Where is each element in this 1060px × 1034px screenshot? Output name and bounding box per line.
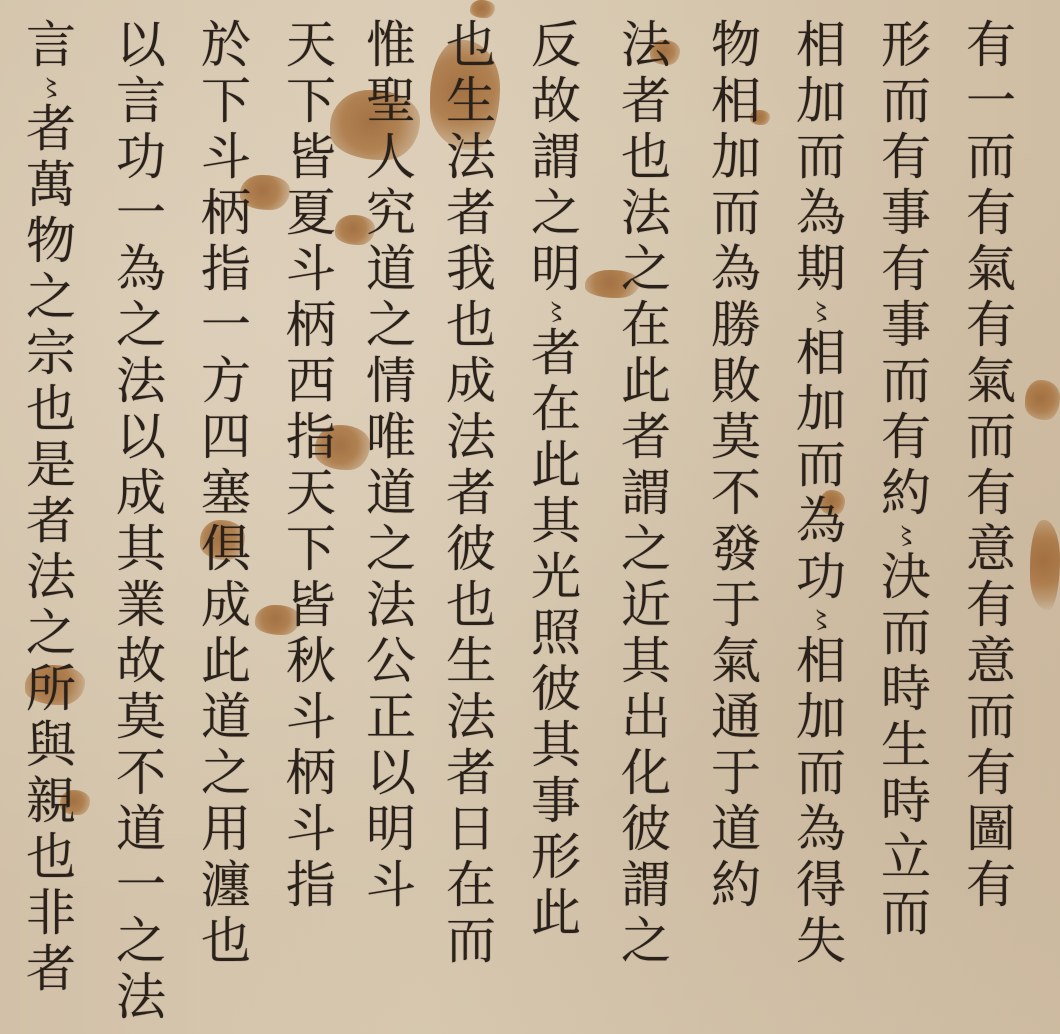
glyph: 近 xyxy=(621,578,671,634)
glyph: 斗 xyxy=(286,242,336,298)
glyph: 而 xyxy=(711,186,761,242)
glyph: 指 xyxy=(286,410,336,466)
glyph: 天 xyxy=(286,466,336,522)
glyph: 此 xyxy=(531,886,581,942)
glyph: 相 xyxy=(711,74,761,130)
glyph: 也 xyxy=(446,298,496,354)
glyph: 之 xyxy=(201,746,251,802)
glyph: 之 xyxy=(116,298,166,354)
glyph: 謂 xyxy=(531,130,581,186)
glyph: 莫 xyxy=(711,410,761,466)
glyph: 人 xyxy=(366,130,416,186)
glyph: 期 xyxy=(796,242,846,298)
glyph: 在 xyxy=(446,858,496,914)
glyph: 用 xyxy=(201,802,251,858)
glyph: 意 xyxy=(966,522,1016,578)
glyph: 者 xyxy=(446,466,496,522)
glyph: 之 xyxy=(26,606,76,662)
glyph: 之 xyxy=(531,186,581,242)
glyph: 物 xyxy=(711,18,761,74)
glyph: 有 xyxy=(966,18,1016,74)
glyph: 也 xyxy=(446,578,496,634)
glyph: 夏 xyxy=(286,186,336,242)
glyph: 一 xyxy=(116,186,166,242)
glyph: 唯 xyxy=(366,410,416,466)
glyph: 法 xyxy=(621,186,671,242)
glyph: 秋 xyxy=(286,634,336,690)
glyph: 時 xyxy=(881,774,931,830)
glyph: 〻 xyxy=(544,298,568,326)
glyph: 者 xyxy=(26,494,76,550)
glyph: 於 xyxy=(201,18,251,74)
glyph: 法 xyxy=(446,410,496,466)
glyph: 法 xyxy=(116,354,166,410)
glyph: 之 xyxy=(621,242,671,298)
column-11: 以言功一為之法以成其業故莫不道一之法 xyxy=(105,18,177,1026)
glyph: 惟 xyxy=(366,18,416,74)
glyph: 故 xyxy=(116,634,166,690)
glyph: 道 xyxy=(201,690,251,746)
glyph: 其 xyxy=(531,718,581,774)
glyph: 西 xyxy=(286,354,336,410)
glyph: 皆 xyxy=(286,130,336,186)
glyph: 有 xyxy=(881,410,931,466)
glyph: 與 xyxy=(26,718,76,774)
glyph: 塞 xyxy=(201,466,251,522)
glyph: 一 xyxy=(201,298,251,354)
glyph: 明 xyxy=(531,242,581,298)
glyph: 是 xyxy=(26,438,76,494)
glyph: 下 xyxy=(201,74,251,130)
glyph: 加 xyxy=(711,130,761,186)
glyph: 之 xyxy=(621,914,671,970)
glyph: 者 xyxy=(446,746,496,802)
glyph: 失 xyxy=(796,914,846,970)
glyph: 斗 xyxy=(201,130,251,186)
glyph: 彼 xyxy=(531,662,581,718)
glyph: 而 xyxy=(966,410,1016,466)
glyph: 有 xyxy=(966,466,1016,522)
glyph: 此 xyxy=(201,634,251,690)
glyph: 聖 xyxy=(366,74,416,130)
glyph: 〻 xyxy=(39,74,63,102)
glyph: 也 xyxy=(621,130,671,186)
glyph: 日 xyxy=(446,802,496,858)
glyph: 加 xyxy=(796,382,846,438)
glyph: 宗 xyxy=(26,326,76,382)
glyph: 者 xyxy=(621,74,671,130)
manuscript-page: 有一而有氣有氣而有意有意而有圖有 形而有事有事而有約〻決而時生時立而 相加而為期… xyxy=(0,0,1060,1034)
glyph: 其 xyxy=(621,634,671,690)
glyph: 柄 xyxy=(286,298,336,354)
glyph: 下 xyxy=(286,522,336,578)
glyph: 有 xyxy=(966,186,1016,242)
glyph: 生 xyxy=(881,718,931,774)
glyph: 發 xyxy=(711,522,761,578)
glyph: 有 xyxy=(881,130,931,186)
glyph: 萬 xyxy=(26,158,76,214)
glyph: 故 xyxy=(531,74,581,130)
glyph: 法 xyxy=(366,578,416,634)
glyph: 而 xyxy=(881,606,931,662)
glyph: 約 xyxy=(711,858,761,914)
glyph: 不 xyxy=(116,746,166,802)
glyph: 者 xyxy=(446,186,496,242)
glyph: 氣 xyxy=(966,354,1016,410)
glyph: 物 xyxy=(26,214,76,270)
glyph: 不 xyxy=(711,466,761,522)
glyph: 相 xyxy=(796,634,846,690)
glyph: 公 xyxy=(366,634,416,690)
glyph: 方 xyxy=(201,354,251,410)
glyph: 之 xyxy=(366,298,416,354)
glyph: 此 xyxy=(531,438,581,494)
glyph: 謂 xyxy=(621,858,671,914)
column-2: 形而有事有事而有約〻決而時生時立而 xyxy=(870,18,942,942)
glyph: 明 xyxy=(366,802,416,858)
glyph: 在 xyxy=(531,382,581,438)
glyph: 加 xyxy=(796,690,846,746)
glyph: 有 xyxy=(966,746,1016,802)
glyph: 法 xyxy=(446,130,496,186)
glyph: 敗 xyxy=(711,354,761,410)
glyph: 有 xyxy=(966,858,1016,914)
glyph: 柄 xyxy=(286,746,336,802)
glyph: 言 xyxy=(116,74,166,130)
glyph: 瀍 xyxy=(201,858,251,914)
glyph: 加 xyxy=(796,74,846,130)
glyph: 事 xyxy=(881,186,931,242)
glyph: 一 xyxy=(966,74,1016,130)
glyph: 事 xyxy=(881,298,931,354)
glyph: 斗 xyxy=(286,802,336,858)
glyph: 為 xyxy=(116,242,166,298)
glyph: 道 xyxy=(116,802,166,858)
glyph: 成 xyxy=(446,354,496,410)
glyph: 法 xyxy=(621,18,671,74)
glyph: 時 xyxy=(881,662,931,718)
glyph: 于 xyxy=(711,578,761,634)
glyph: 也 xyxy=(26,830,76,886)
glyph: 也 xyxy=(201,914,251,970)
glyph: 莫 xyxy=(116,690,166,746)
column-3: 相加而為期〻相加而為功〻相加而為得失 xyxy=(785,18,857,970)
glyph: 者 xyxy=(621,410,671,466)
glyph: 事 xyxy=(531,774,581,830)
glyph: 為 xyxy=(796,494,846,550)
glyph: 出 xyxy=(621,690,671,746)
glyph: 我 xyxy=(446,242,496,298)
glyph: 勝 xyxy=(711,298,761,354)
glyph: 正 xyxy=(366,690,416,746)
glyph: 以 xyxy=(116,18,166,74)
glyph: 而 xyxy=(446,914,496,970)
glyph: 意 xyxy=(966,634,1016,690)
glyph: 一 xyxy=(116,858,166,914)
glyph: 得 xyxy=(796,858,846,914)
glyph: 究 xyxy=(366,186,416,242)
glyph: 化 xyxy=(621,746,671,802)
glyph: 為 xyxy=(796,802,846,858)
glyph: 斗 xyxy=(286,690,336,746)
glyph: 〻 xyxy=(809,298,833,326)
glyph: 而 xyxy=(881,886,931,942)
glyph: 斗 xyxy=(366,858,416,914)
glyph: 有 xyxy=(966,578,1016,634)
column-7: 也生法者我也成法者彼也生法者日在而 xyxy=(435,18,507,970)
glyph: 而 xyxy=(881,354,931,410)
glyph: 〻 xyxy=(809,606,833,634)
glyph: 功 xyxy=(796,550,846,606)
glyph: 成 xyxy=(201,578,251,634)
glyph: 下 xyxy=(286,74,336,130)
glyph: 指 xyxy=(286,858,336,914)
column-1: 有一而有氣有氣而有意有意而有圖有 xyxy=(955,18,1027,914)
glyph: 以 xyxy=(366,746,416,802)
column-8: 惟聖人究道之情唯道之法公正以明斗 xyxy=(355,18,427,914)
glyph: 相 xyxy=(796,326,846,382)
glyph: 氣 xyxy=(711,634,761,690)
column-10: 於下斗柄指一方四塞俱成此道之用瀍也 xyxy=(190,18,262,970)
glyph: 法 xyxy=(446,690,496,746)
glyph: 以 xyxy=(116,410,166,466)
glyph: 所 xyxy=(26,662,76,718)
glyph: 通 xyxy=(711,690,761,746)
glyph: 有 xyxy=(966,298,1016,354)
glyph: 反 xyxy=(531,18,581,74)
glyph: 非 xyxy=(26,886,76,942)
glyph: 四 xyxy=(201,410,251,466)
column-9: 天下皆夏斗柄西指天下皆秋斗柄斗指 xyxy=(275,18,347,914)
glyph: 之 xyxy=(116,914,166,970)
glyph: 有 xyxy=(881,242,931,298)
glyph: 其 xyxy=(531,494,581,550)
glyph: 于 xyxy=(711,746,761,802)
glyph: 決 xyxy=(881,550,931,606)
glyph: 道 xyxy=(711,802,761,858)
glyph: 而 xyxy=(966,130,1016,186)
glyph: 為 xyxy=(711,242,761,298)
column-4: 物相加而為勝敗莫不發于氣通于道約 xyxy=(700,18,772,914)
glyph: 相 xyxy=(796,18,846,74)
glyph: 天 xyxy=(286,18,336,74)
column-6: 反故謂之明〻者在此其光照彼其事形此 xyxy=(520,18,592,942)
column-12: 言〻者萬物之宗也是者法之所與親也非者 xyxy=(15,18,87,998)
glyph: 法 xyxy=(116,970,166,1026)
glyph: 之 xyxy=(621,522,671,578)
glyph: 形 xyxy=(531,830,581,886)
glyph: 立 xyxy=(881,830,931,886)
glyph: 形 xyxy=(881,18,931,74)
glyph: 道 xyxy=(366,242,416,298)
column-5: 法者也法之在此者謂之近其出化彼謂之 xyxy=(610,18,682,970)
glyph: 〻 xyxy=(894,522,918,550)
text-columns: 有一而有氣有氣而有意有意而有圖有 形而有事有事而有約〻決而時生時立而 相加而為期… xyxy=(0,0,1060,1034)
glyph: 者 xyxy=(26,102,76,158)
glyph: 情 xyxy=(366,354,416,410)
glyph: 生 xyxy=(446,74,496,130)
glyph: 成 xyxy=(116,466,166,522)
glyph: 而 xyxy=(966,690,1016,746)
glyph: 為 xyxy=(796,186,846,242)
glyph: 者 xyxy=(531,326,581,382)
glyph: 親 xyxy=(26,774,76,830)
glyph: 而 xyxy=(796,130,846,186)
glyph: 者 xyxy=(26,942,76,998)
glyph: 彼 xyxy=(621,802,671,858)
glyph: 光 xyxy=(531,550,581,606)
glyph: 此 xyxy=(621,354,671,410)
glyph: 之 xyxy=(366,522,416,578)
glyph: 業 xyxy=(116,578,166,634)
glyph: 而 xyxy=(881,74,931,130)
glyph: 道 xyxy=(366,466,416,522)
glyph: 柄 xyxy=(201,186,251,242)
glyph: 俱 xyxy=(201,522,251,578)
glyph: 也 xyxy=(446,18,496,74)
glyph: 而 xyxy=(796,746,846,802)
glyph: 而 xyxy=(796,438,846,494)
glyph: 約 xyxy=(881,466,931,522)
glyph: 指 xyxy=(201,242,251,298)
glyph: 其 xyxy=(116,522,166,578)
glyph: 皆 xyxy=(286,578,336,634)
glyph: 之 xyxy=(26,270,76,326)
glyph: 法 xyxy=(26,550,76,606)
glyph: 言 xyxy=(26,18,76,74)
glyph: 也 xyxy=(26,382,76,438)
glyph: 生 xyxy=(446,634,496,690)
glyph: 功 xyxy=(116,130,166,186)
glyph: 圖 xyxy=(966,802,1016,858)
glyph: 氣 xyxy=(966,242,1016,298)
glyph: 在 xyxy=(621,298,671,354)
glyph: 照 xyxy=(531,606,581,662)
glyph: 彼 xyxy=(446,522,496,578)
glyph: 謂 xyxy=(621,466,671,522)
